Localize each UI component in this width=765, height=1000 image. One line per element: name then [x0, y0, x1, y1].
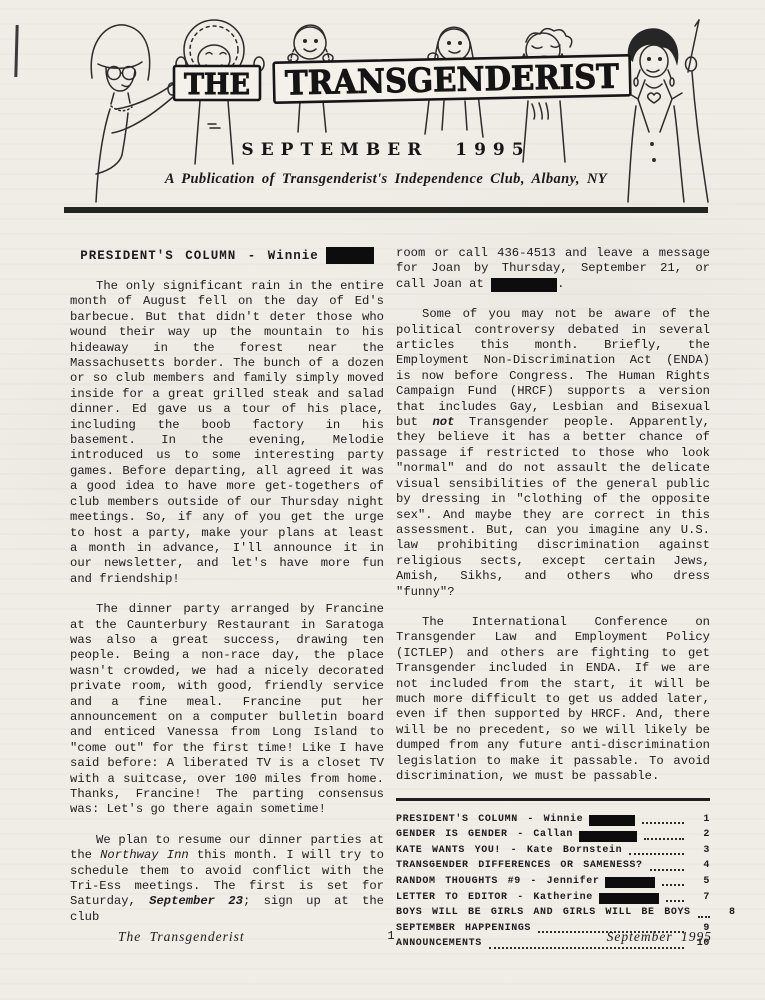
toc-dot-leader	[629, 853, 684, 855]
footer-issue-date: September 1995	[607, 929, 712, 945]
toc-page-number: 1	[690, 812, 710, 827]
toc-label: BOYS WILL BE GIRLS AND GIRLS WILL BE BOY…	[396, 905, 691, 920]
masthead-divider-rule	[64, 207, 708, 213]
toc-entry: RANDOM THOUGHTS #9 - Jennifer5	[396, 874, 710, 890]
toc-label: RANDOM THOUGHTS #9 - Jennifer	[396, 874, 599, 889]
toc-entry: PRESIDENT'S COLUMN - Winnie1	[396, 811, 710, 827]
toc-page-number: 5	[690, 874, 710, 889]
scan-artifact-mark	[14, 25, 18, 77]
toc-label: KATE WANTS YOU! - Kate Bornstein	[396, 843, 622, 858]
footer-page-number: 1	[387, 929, 394, 943]
masthead: THE	[62, 12, 710, 208]
toc-page-number: 4	[690, 858, 710, 873]
toc-dot-leader	[698, 916, 710, 918]
toc-label: PRESIDENT'S COLUMN - Winnie	[396, 812, 583, 827]
toc-page-number: 8	[716, 905, 736, 920]
redacted-surname-box	[605, 877, 655, 888]
paragraph-text: Some of you may not be aware of the poli…	[396, 307, 710, 429]
paragraph-barbecue: The only significant rain in the entire …	[70, 279, 384, 587]
toc-entry: BOYS WILL BE GIRLS AND GIRLS WILL BE BOY…	[396, 905, 710, 921]
page-footer: The Transgenderist 1 September 1995	[70, 929, 712, 949]
paragraph-enda-controversy: Some of you may not be aware of the poli…	[396, 307, 710, 600]
title-banner-main: TRANSGENDERIST	[274, 55, 631, 102]
september-23-bold-italic: September 23	[149, 894, 243, 908]
paragraph-ictlep: The International Conference on Transgen…	[396, 615, 710, 784]
left-column: PRESIDENT'S COLUMN - Winnie The only sig…	[70, 246, 384, 925]
toc-entry: KATE WANTS YOU! - Kate Bornstein3	[396, 843, 710, 859]
northway-inn-italic: Northway Inn	[100, 848, 189, 862]
toc-label: LETTER TO EDITOR - Katherine	[396, 890, 593, 905]
banner-word-the: THE	[184, 67, 250, 101]
right-column: room or call 436-4513 and leave a messag…	[396, 246, 710, 952]
paragraph-text: The only significant rain in the entire …	[70, 279, 384, 586]
paragraph-text: Transgender people. Apparently, they bel…	[396, 415, 710, 598]
paragraph-northway-inn: We plan to resume our dinner parties at …	[70, 833, 384, 925]
publication-line: A Publication of Transgenderist's Indepe…	[62, 171, 710, 188]
paragraph-text: The dinner party arranged by Francine at…	[70, 602, 384, 816]
newsletter-page: THE	[0, 0, 765, 1000]
toc-page-number: 2	[690, 827, 710, 842]
paragraph-text: .	[557, 277, 564, 291]
toc-label: TRANSGENDER DIFFERENCES OR SAMENESS?	[396, 858, 643, 873]
toc-label: GENDER IS GENDER - Callan	[396, 827, 573, 842]
toc-page-number: 3	[690, 843, 710, 858]
footer-newsletter-name: The Transgenderist	[118, 929, 245, 945]
redacted-surname-box	[589, 815, 635, 826]
banner-word-transgenderist: TRANSGENDERIST	[285, 56, 620, 102]
title-banner-the: THE	[174, 66, 260, 101]
toc-dot-leader	[662, 884, 684, 886]
not-bold-italic: not	[432, 415, 454, 429]
issue-date: SEPTEMBER 1995	[62, 140, 710, 160]
toc-page-number: 7	[690, 890, 710, 905]
toc-dot-leader	[650, 869, 684, 871]
paragraph-sign-up-continued: room or call 436-4513 and leave a messag…	[396, 246, 710, 292]
heading-text: PRESIDENT'S COLUMN - Winnie	[80, 249, 319, 263]
toc-dot-leader	[666, 900, 684, 902]
toc-dot-leader	[644, 838, 684, 840]
toc-dot-leader	[642, 822, 684, 824]
presidents-column-heading: PRESIDENT'S COLUMN - Winnie	[70, 246, 384, 266]
toc-entry: LETTER TO EDITOR - Katherine7	[396, 889, 710, 905]
paragraph-text: The International Conference on Transgen…	[396, 615, 710, 783]
toc-entry: TRANSGENDER DIFFERENCES OR SAMENESS?4	[396, 858, 710, 874]
redacted-surname-box	[599, 893, 659, 904]
redacted-phone-box	[491, 278, 557, 292]
redacted-surname-box	[579, 831, 637, 842]
redacted-surname-box	[326, 247, 374, 264]
toc-entry: GENDER IS GENDER - Callan2	[396, 827, 710, 843]
paragraph-dinner-party: The dinner party arranged by Francine at…	[70, 602, 384, 818]
